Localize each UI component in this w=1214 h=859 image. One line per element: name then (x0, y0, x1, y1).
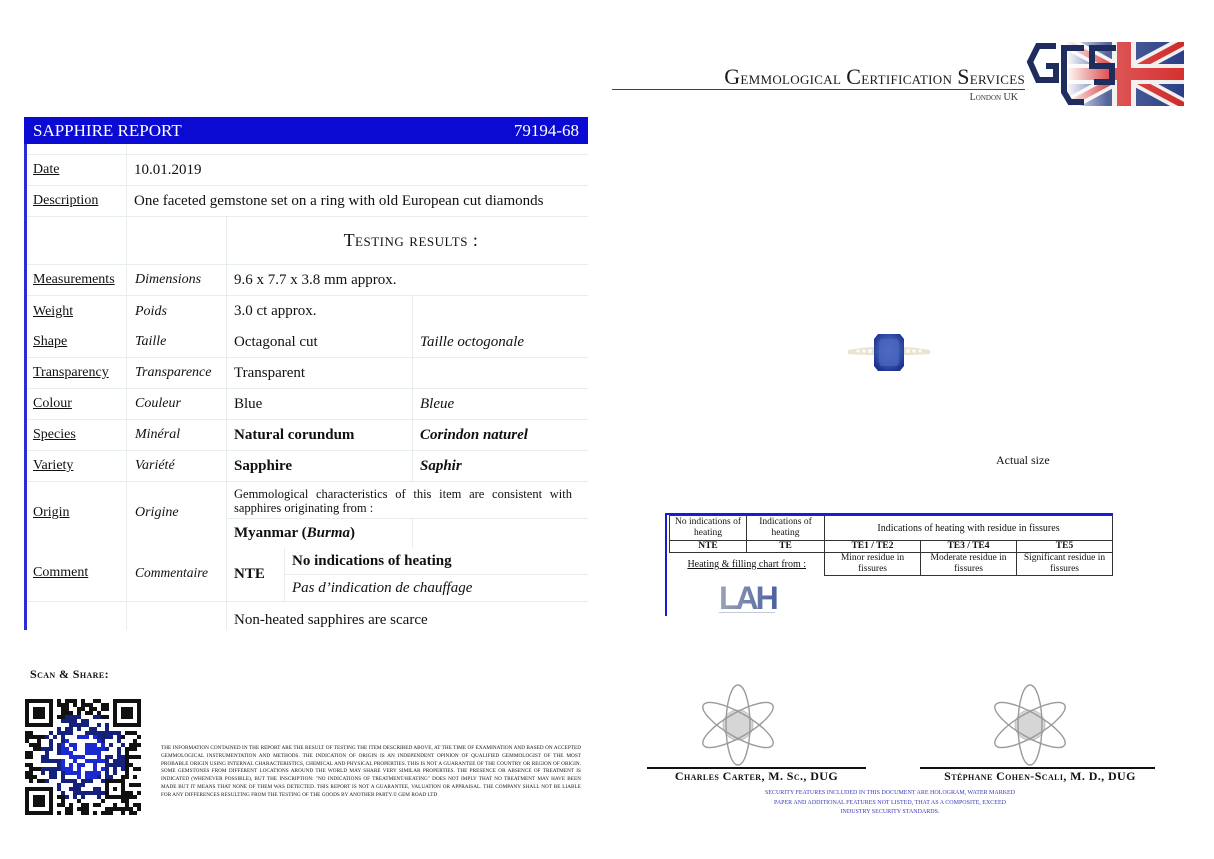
origin-country: Myanmar (Burma) (227, 519, 413, 548)
origin-statement: Gemmological characteristics of this ite… (234, 487, 580, 515)
variety-value: Sapphire (227, 451, 413, 481)
date-value: 10.01.2019 (127, 155, 588, 185)
species-row: Species Minéral Natural corundum Corindo… (27, 420, 588, 451)
signatory-left: Charles Carter, M. Sc., DUG (647, 769, 866, 784)
variety-label-fr: Variété (127, 451, 227, 481)
heating-chart-table: No indications of heating Indications of… (669, 515, 1113, 576)
residue-significant: Significant residue in fissures (1017, 553, 1113, 576)
measurements-label-fr: Dimensions (127, 265, 227, 295)
report-body: Date 10.01.2019 Description One faceted … (24, 144, 588, 630)
measurements-row: Measurements Dimensions 9.6 x 7.7 x 3.8 … (27, 265, 588, 296)
report-title: SAPPHIRE REPORT (33, 121, 182, 141)
heading-residue: Indications of heating with residue in f… (825, 516, 1113, 541)
signatory-right: Stéphane Cohen-Scali, M. D., DUG (915, 769, 1165, 784)
species-value: Natural corundum (227, 420, 413, 450)
residue-moderate: Moderate residue in fissures (921, 553, 1017, 576)
chart-source-label: Heating & filling chart from : (670, 553, 825, 576)
variety-value-fr: Saphir (413, 451, 588, 481)
species-value-fr: Corindon naturel (413, 420, 588, 450)
comment-text-fr: Pas d’indication de chauffage (285, 575, 588, 601)
company-location: London UK (900, 92, 1018, 103)
origin-label: Origin (33, 505, 70, 521)
shape-value: Octagonal cut (227, 327, 413, 357)
code-te: TE (747, 541, 825, 553)
header-divider (612, 89, 1025, 90)
note-row: Non-heated sapphires are scarce (27, 602, 588, 630)
weight-value: 3.0 ct approx. (227, 296, 413, 327)
variety-row: Variety Variété Sapphire Saphir (27, 451, 588, 482)
colour-value: Blue (227, 389, 413, 419)
colour-label-fr: Couleur (127, 389, 227, 419)
code-te3-te4: TE3 / TE4 (921, 541, 1017, 553)
report-number: 79194-68 (514, 121, 579, 141)
heating-chart: No indications of heating Indications of… (665, 513, 1114, 616)
qr-code[interactable] (25, 699, 141, 815)
colour-row: Colour Couleur Blue Bleue (27, 389, 588, 420)
colour-value-fr: Bleue (413, 389, 588, 419)
heading-te: Indications of heating (747, 516, 825, 541)
residue-minor: Minor residue in fissures (825, 553, 921, 576)
testing-results-heading: Testing results : (227, 217, 588, 264)
transparency-value: Transparent (227, 358, 413, 388)
svg-text:LAHC: LAHC (719, 580, 777, 615)
species-label: Species (27, 420, 127, 450)
measurements-value: 9.6 x 7.7 x 3.8 mm approx. (227, 265, 588, 295)
spacer-row (27, 144, 588, 155)
transparency-label-fr: Transparence (127, 358, 227, 388)
comment-label: Comment (33, 565, 88, 581)
code-te5: TE5 (1017, 541, 1113, 553)
sapphire-report: SAPPHIRE REPORT 79194-68 Date 10.01.2019… (24, 117, 588, 630)
gcs-logo (1026, 40, 1186, 108)
shape-label-fr: Taille (127, 327, 227, 357)
variety-label: Variety (27, 451, 127, 481)
signature-emblem-left (695, 682, 781, 768)
weight-label: Weight (27, 296, 127, 327)
transparency-label: Transparency (27, 358, 127, 388)
description-value: One faceted gemstone set on a ring with … (127, 186, 588, 216)
comment-code: NTE (227, 548, 285, 601)
shape-label: Shape (27, 327, 127, 357)
weight-row: Weight Poids 3.0 ct approx. (27, 296, 588, 327)
report-title-bar: SAPPHIRE REPORT 79194-68 (24, 117, 588, 144)
species-label-fr: Minéral (127, 420, 227, 450)
date-label: Date (27, 155, 127, 185)
comment-text-en: No indications of heating (285, 548, 588, 575)
code-nte: NTE (670, 541, 747, 553)
origin-comment-block: Origin Comment Origine Commentaire Gemmo… (27, 482, 588, 602)
disclaimer-text: The information contained in the report … (161, 745, 581, 800)
comment-label-fr: Commentaire (135, 565, 208, 581)
origin-label-fr: Origine (135, 505, 179, 521)
shape-value-fr: Taille octogonale (413, 327, 588, 357)
comment-note: Non-heated sapphires are scarce (227, 602, 588, 630)
colour-label: Colour (27, 389, 127, 419)
heading-nte: No indications of heating (670, 516, 747, 541)
company-name: Gemmological Certification Services (612, 64, 1025, 90)
date-row: Date 10.01.2019 (27, 155, 588, 186)
ring-photo (846, 330, 932, 374)
actual-size-caption: Actual size (996, 453, 1050, 468)
security-note: Security features included in this docum… (760, 789, 1020, 818)
shape-row: Shape Taille Octagonal cut Taille octogo… (27, 327, 588, 358)
transparency-row: Transparency Transparence Transparent (27, 358, 588, 389)
measurements-label: Measurements (27, 265, 127, 295)
scan-share-title: Scan & Share: (30, 667, 109, 682)
lahc-logo: LAHC (719, 579, 777, 615)
testing-heading-row: Testing results : (27, 217, 588, 265)
signature-emblem-right (987, 682, 1073, 768)
code-te1-te2: TE1 / TE2 (825, 541, 921, 553)
weight-label-fr: Poids (127, 296, 227, 327)
description-row: Description One faceted gemstone set on … (27, 186, 588, 217)
description-label: Description (27, 186, 127, 216)
